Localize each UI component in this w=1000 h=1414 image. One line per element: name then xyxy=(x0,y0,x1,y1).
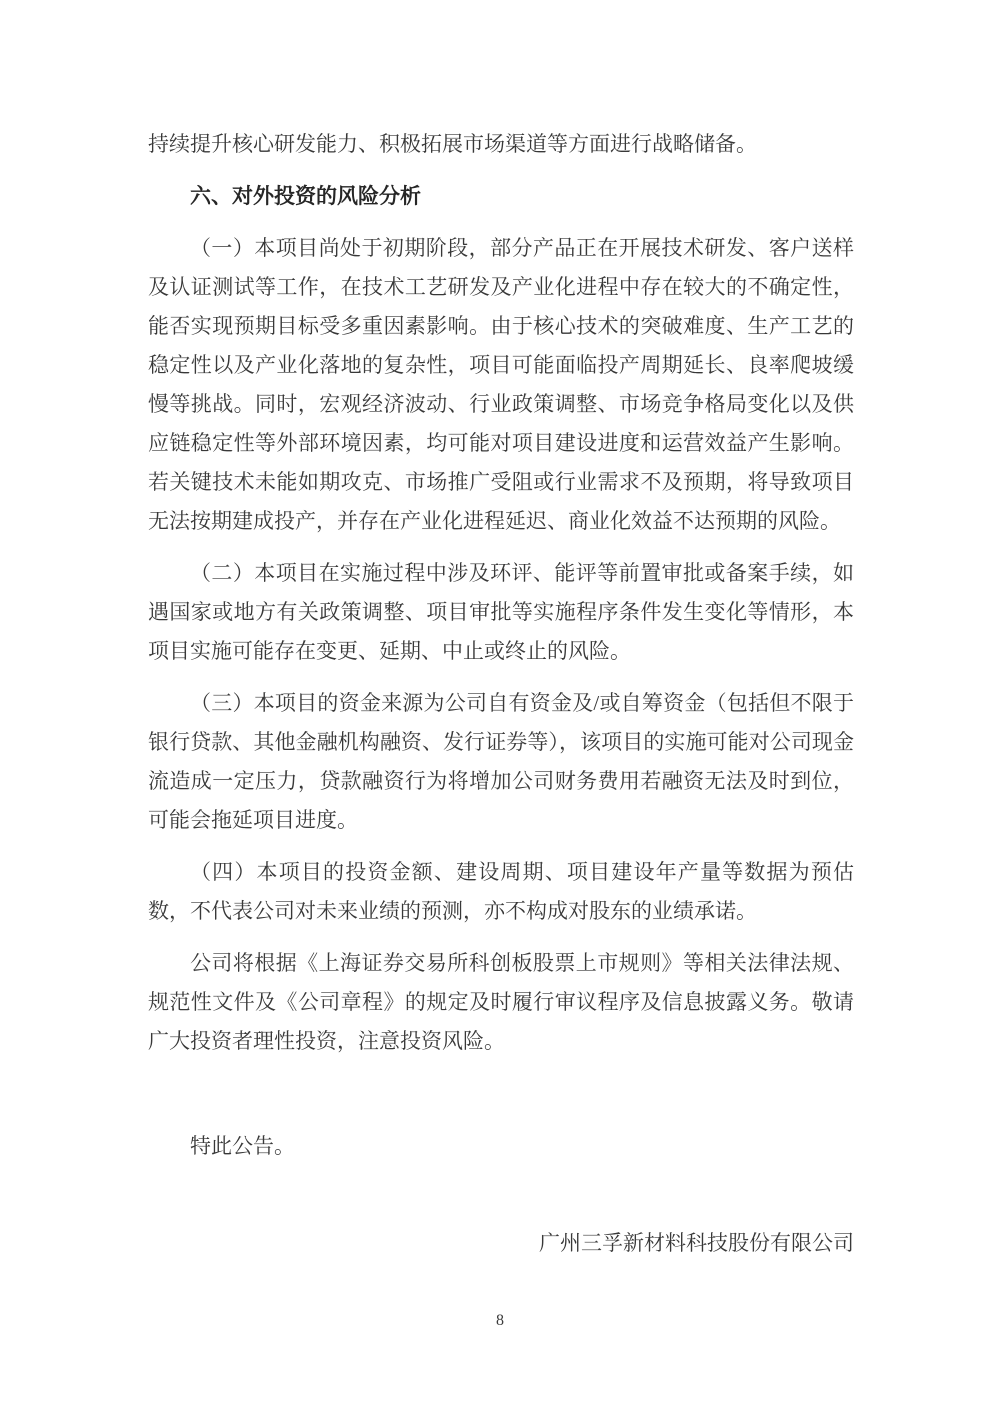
risk-paragraph-2: （二）本项目在实施过程中涉及环评、能评等前置审批或备案手续，如遇国家或地方有关政… xyxy=(148,554,854,671)
section-heading: 六、对外投资的风险分析 xyxy=(148,177,854,216)
risk-paragraph-4: （四）本项目的投资金额、建设周期、项目建设年产量等数据为预估数，不代表公司对未来… xyxy=(148,853,854,931)
disclosure-paragraph: 公司将根据《上海证券交易所科创板股票上市规则》等相关法律法规、规范性文件及《公司… xyxy=(148,944,854,1061)
document-page: 持续提升核心研发能力、积极拓展市场渠道等方面进行战略储备。 六、对外投资的风险分… xyxy=(0,0,1000,1414)
closing-statement: 特此公告。 xyxy=(148,1127,854,1166)
risk-paragraph-3: （三）本项目的资金来源为公司自有资金及/或自筹资金（包括但不限于银行贷款、其他金… xyxy=(148,684,854,840)
continuation-paragraph: 持续提升核心研发能力、积极拓展市场渠道等方面进行战略储备。 xyxy=(148,125,854,164)
document-body: 持续提升核心研发能力、积极拓展市场渠道等方面进行战略储备。 六、对外投资的风险分… xyxy=(148,125,854,1263)
company-signature: 广州三孚新材料科技股份有限公司 xyxy=(148,1224,854,1263)
page-number: 8 xyxy=(0,1310,1000,1332)
risk-paragraph-1: （一）本项目尚处于初期阶段，部分产品正在开展技术研发、客户送样及认证测试等工作，… xyxy=(148,229,854,541)
